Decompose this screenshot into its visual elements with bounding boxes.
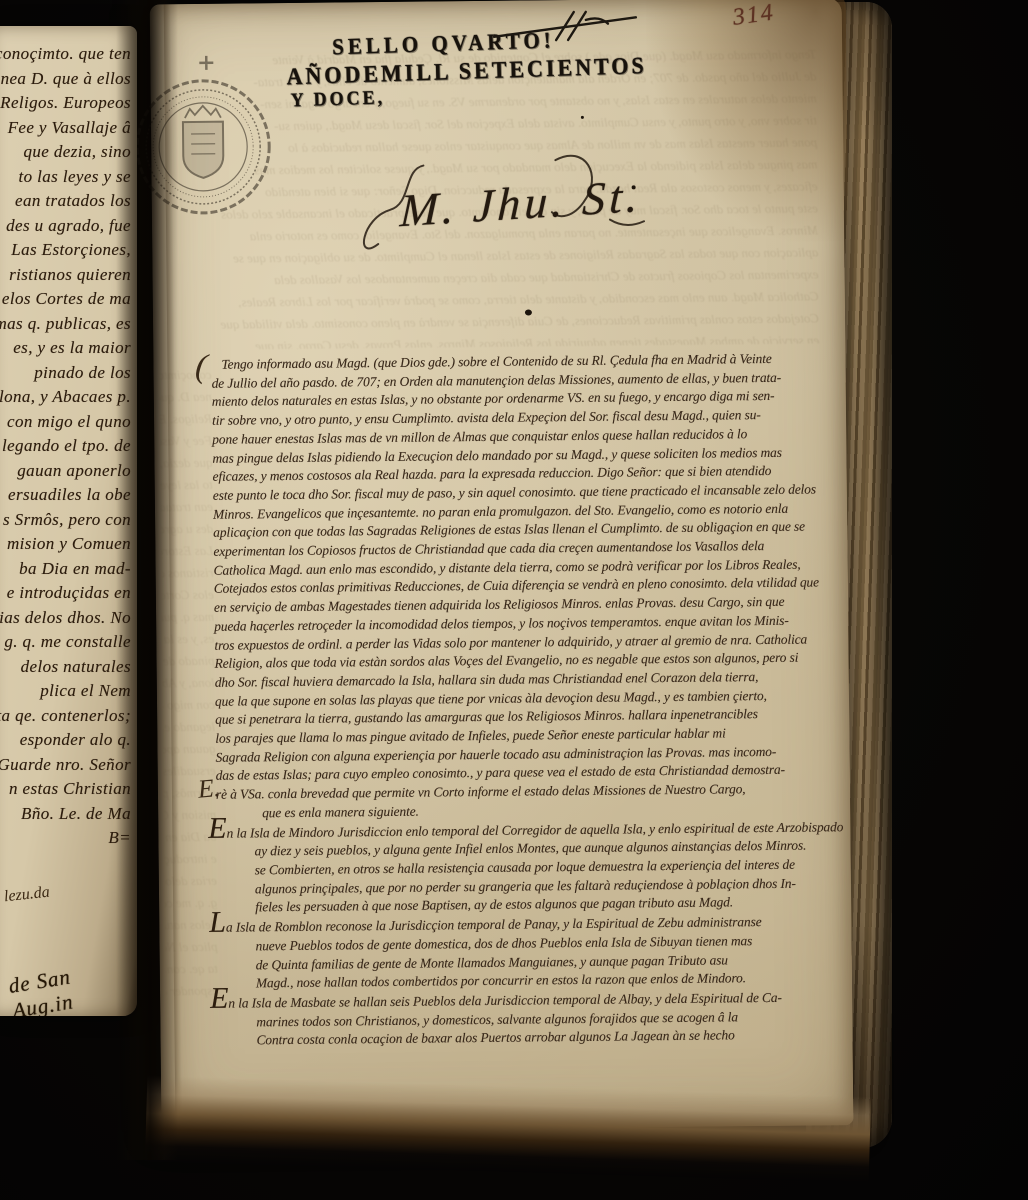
manuscript-photograph: Tengo informado asu Magd. (que Dios gde.… xyxy=(0,0,1028,1200)
ink-blot xyxy=(581,116,584,119)
left-page-line: erias delos dhos. No xyxy=(0,606,131,631)
bleed-line: ta qe. contenerlos; xyxy=(166,958,218,981)
margin-paren-mark: ( xyxy=(194,347,209,386)
left-page-line: lona, y Abacaes p. xyxy=(0,385,131,410)
left-page-line: Las Estorçiones, xyxy=(11,238,131,263)
bleed-line: des u agrado, fue xyxy=(161,518,213,541)
signature-flourish: de San Aug.in xyxy=(7,954,137,1016)
left-page-line: delos naturales xyxy=(21,655,131,680)
left-page-line: B= xyxy=(108,826,131,851)
left-page-line: que dezia, sino xyxy=(23,140,131,165)
bleed-line: en serviçio de ambas Magestades tienen a… xyxy=(219,329,819,349)
tax-stamp-line-3: Y DOCE, xyxy=(290,86,385,112)
ink-blot xyxy=(632,185,636,189)
invocation-monogram: M. Jhu. St. xyxy=(359,149,690,272)
bleed-line: erias delos dhos. No xyxy=(165,870,217,893)
left-page-line: Bño. Le. de Ma xyxy=(21,802,131,827)
left-page-line: es, y es la maior xyxy=(13,336,131,361)
bleed-line: pinado de los xyxy=(162,650,214,673)
bleed-line: tir sobre vno, y otro punto, y ensu Cump… xyxy=(217,109,817,137)
left-page: conoçimto. que tennea D. que à ellosReli… xyxy=(0,26,137,1016)
left-page-line: legando el tpo. de xyxy=(2,434,131,459)
bleed-line: Las Estorçiones, xyxy=(161,540,213,563)
left-page-line: s Srmôs, pero con xyxy=(3,508,131,533)
bleed-line: gauan aponerlo xyxy=(163,738,215,761)
bleed-line: con migo el quno xyxy=(163,694,215,717)
bleed-line: nea D. que à ellos xyxy=(160,386,212,409)
rubric-flourish xyxy=(490,5,640,49)
bleed-line: ean tratados los xyxy=(161,496,213,519)
left-page-line: con migo el quno xyxy=(7,410,131,435)
left-page-line: n estas Christian xyxy=(9,777,131,802)
left-page-line: gauan aponerlo xyxy=(17,459,131,484)
left-page-line: mision y Comuen xyxy=(7,532,131,557)
left-page-line: Fee y Vasallaje â xyxy=(8,116,131,141)
left-page-line: elos Cortes de ma xyxy=(2,287,131,312)
right-page: Tengo informado asu Magd. (que Dios gde.… xyxy=(150,0,854,1132)
bleed-line: lona, y Abacaes p. xyxy=(163,672,215,695)
bleed-line: Fee y Vasallaje â xyxy=(160,430,212,453)
left-page-line: ristianos quieren xyxy=(9,263,131,288)
left-page-line: ta qe. contenerlos; xyxy=(0,704,131,729)
bleed-line: Catholica Magd. aun enlo mas escondido, … xyxy=(219,285,819,313)
left-page-line: Religos. Europeos xyxy=(0,91,131,116)
royal-seal-stamp xyxy=(134,41,286,233)
left-page-line: ean tratados los xyxy=(15,189,131,214)
left-page-line: pinado de los xyxy=(34,361,131,386)
left-page-line: to las leyes y se xyxy=(18,165,131,190)
left-page-line: des u agrado, fue xyxy=(6,214,131,239)
left-page-line: mas q. publicas, es xyxy=(0,312,131,337)
bleed-line: plica el Nem xyxy=(165,936,217,959)
left-page-line: esponder alo q. xyxy=(20,728,131,753)
main-text-block: Tengo informado asu Magd. (que Dios gde.… xyxy=(211,349,824,1050)
left-page-line: e introduçidas en xyxy=(7,581,131,606)
bleed-line: ristianos quieren xyxy=(162,562,214,585)
left-page-line: conoçimto. que ten xyxy=(0,42,131,67)
left-page-line: g. q. me constalle xyxy=(4,630,131,655)
bleed-line: to las leyes y se xyxy=(161,474,213,497)
bleed-line: mas q. publicas, es xyxy=(162,606,214,629)
left-page-line: nea D. que à ellos xyxy=(1,67,131,92)
bleed-line: Religos. Europeos xyxy=(160,408,212,431)
left-page-fragment: lezu.da xyxy=(3,884,50,907)
ink-blot xyxy=(525,309,532,315)
left-page-line: ersuadiles la obe xyxy=(8,483,131,508)
left-page-text: conoçimto. que tennea D. que à ellosReli… xyxy=(0,26,137,851)
left-page-line: plica el Nem xyxy=(40,679,131,704)
bleed-line: e introduçidas en xyxy=(165,848,217,871)
left-page-line: Guarde nro. Señor xyxy=(0,753,131,778)
folio-number: 314 xyxy=(731,0,776,32)
bleed-line: que dezia, sino xyxy=(160,452,212,475)
bleed-line: legando el tpo. de xyxy=(163,716,215,739)
left-page-line: ba Dia en mad- xyxy=(19,557,131,582)
bleed-line: elos Cortes de ma xyxy=(162,584,214,607)
bleed-line: es, y es la maior xyxy=(162,628,214,651)
bleed-line: Cotejados estos conlas primitivas Reducc… xyxy=(219,307,819,335)
